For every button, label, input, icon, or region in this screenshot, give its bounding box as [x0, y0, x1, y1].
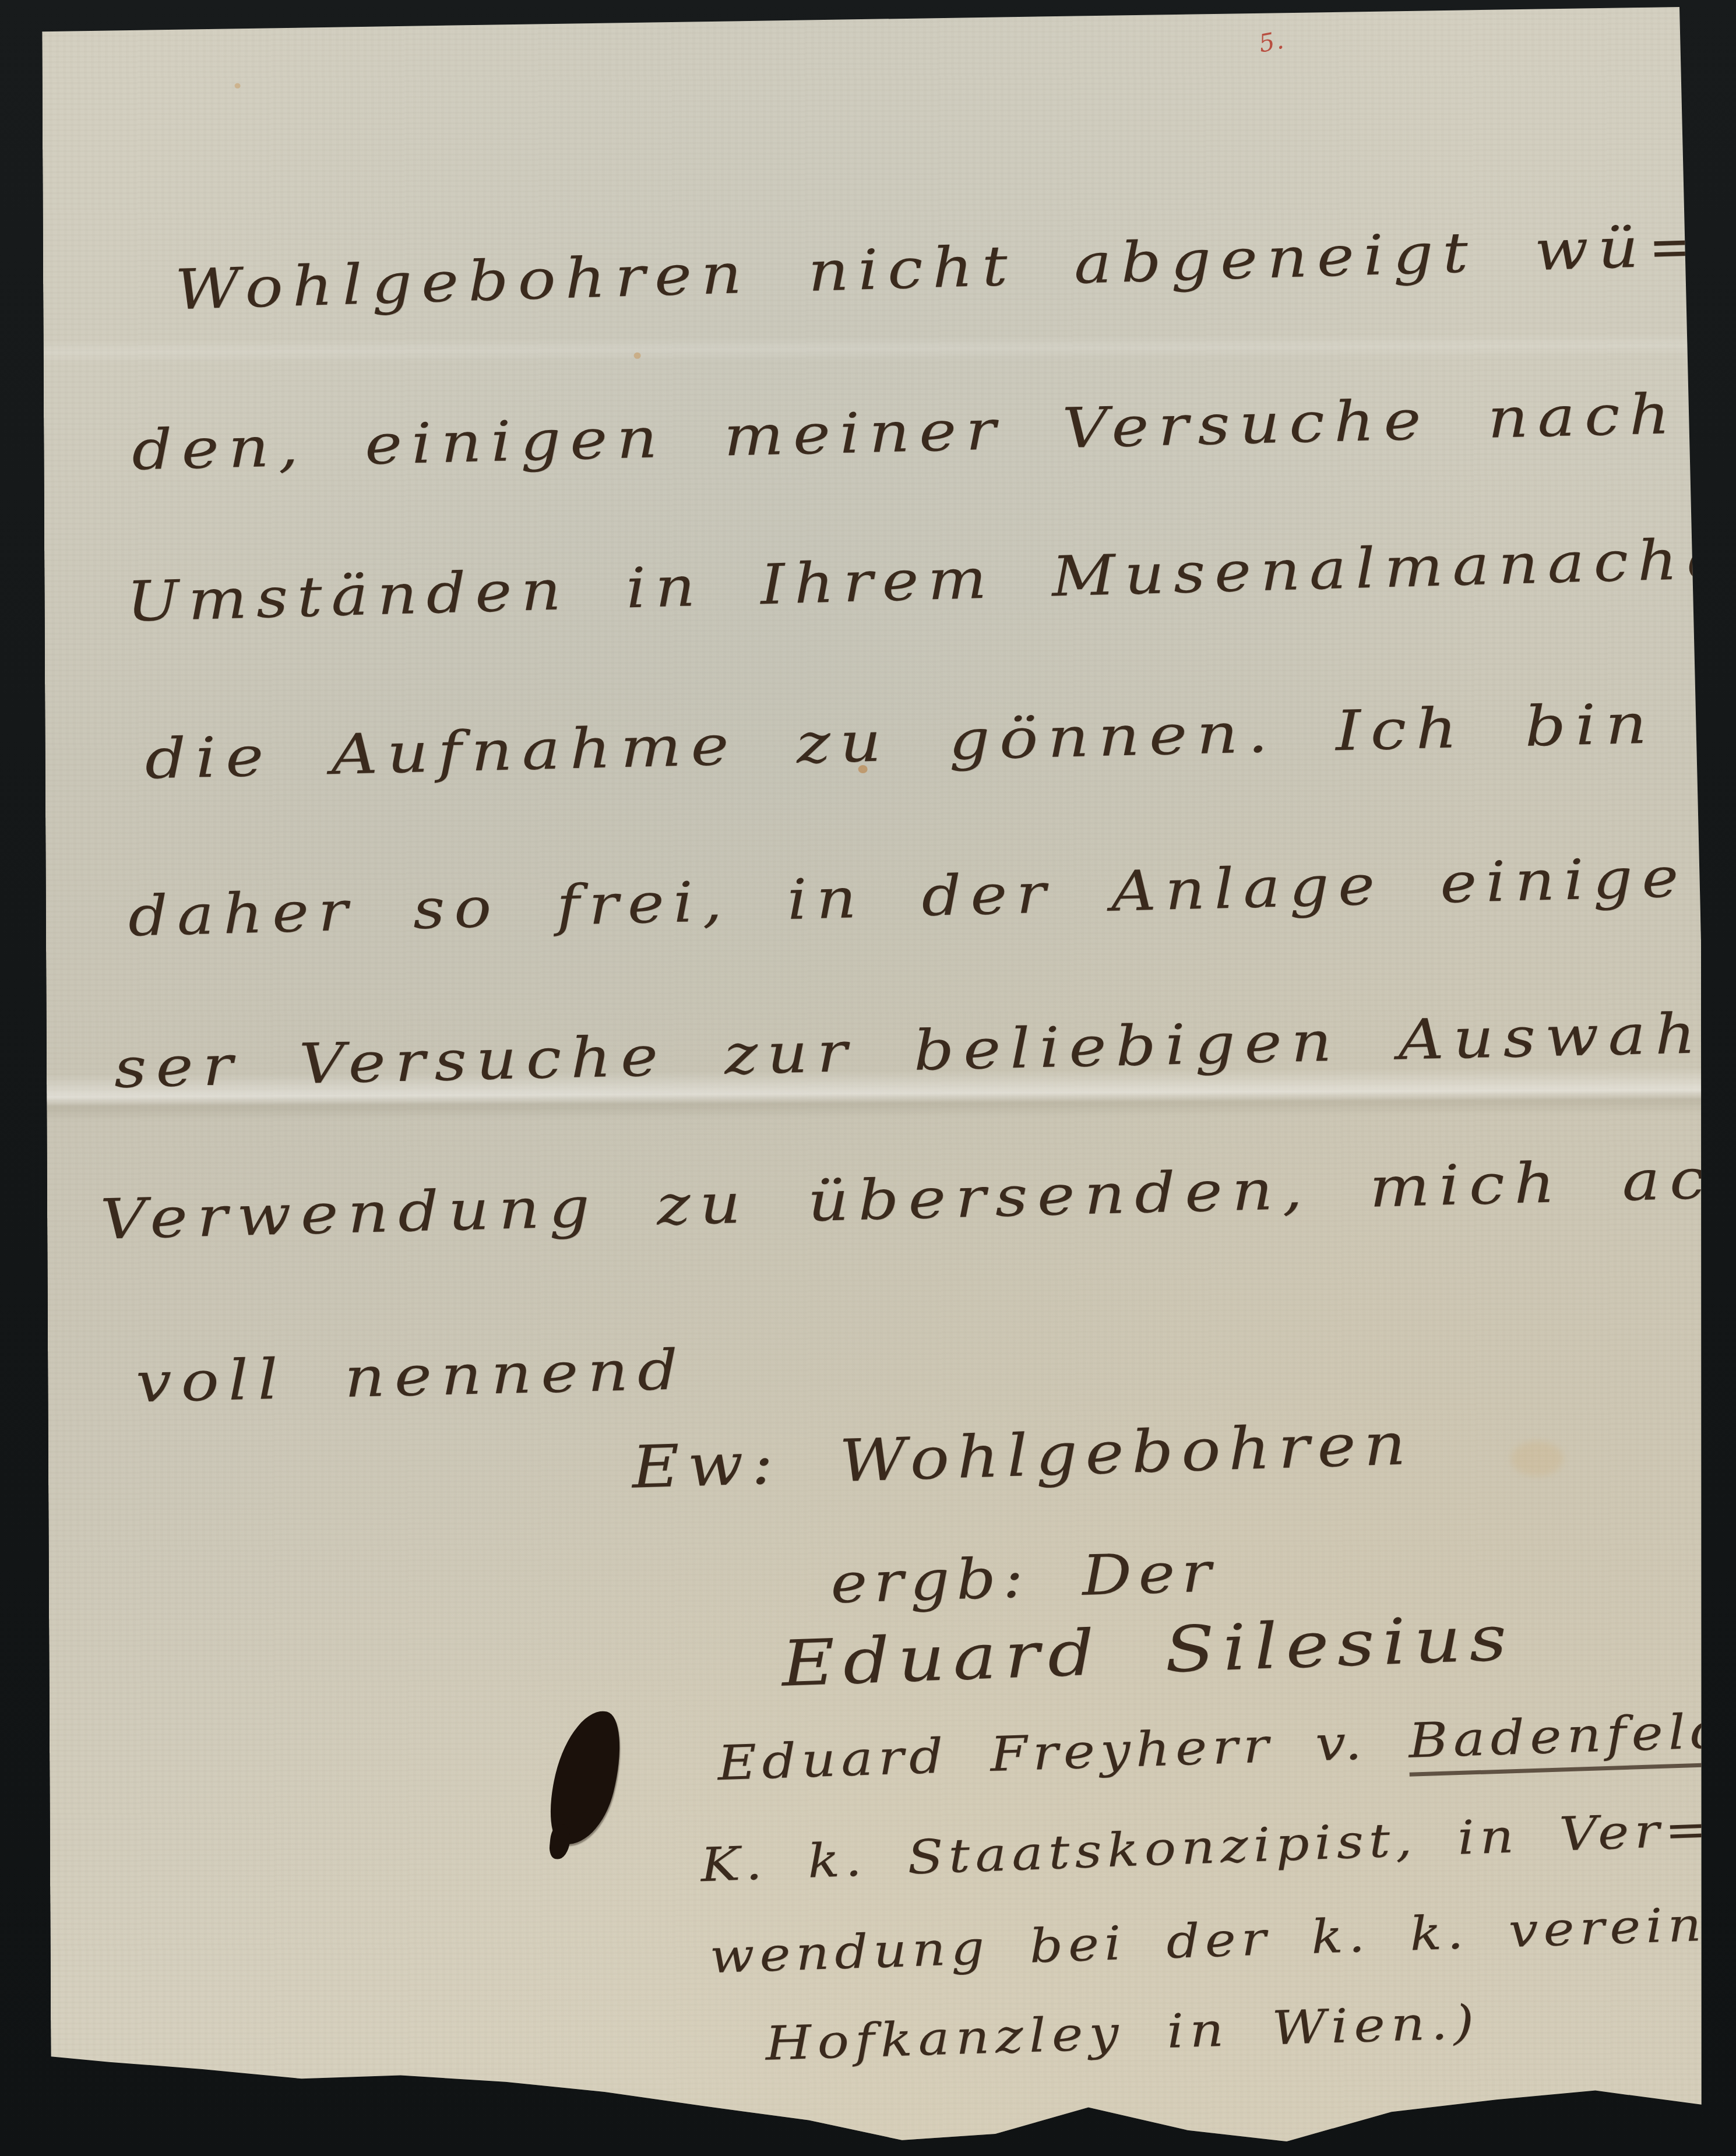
body-line-7: Verwendung zu übersenden, mich achtungs= [100, 1139, 1736, 1252]
body-line-3: Umständen in Ihrem Musenalmanache [126, 527, 1733, 635]
right-edge-ink-mark-lower [1713, 1797, 1727, 1866]
signature-title-line-3: Hofkanzley in Wien.) [765, 1995, 1481, 2070]
paper-stain [634, 353, 641, 359]
paper-crease-faint [43, 333, 1698, 364]
signature-real-name: Eduard Freyherr v. Badenfeld [717, 1703, 1731, 1791]
paper-stain [235, 83, 241, 89]
body-line-2: den, einigen meiner Versuche nach [131, 382, 1679, 483]
letter-scan-page: 5. Wohlgebohren nicht abgeneigt wü= den,… [0, 0, 1736, 2156]
paper-stain [1511, 1441, 1564, 1476]
signature-underlined-surname: Badenfeld [1408, 1703, 1731, 1777]
body-line-8: voll nennend [135, 1338, 688, 1415]
signature-title-line-2: wendung bei der k. k. vereinigten [709, 1892, 1736, 1984]
signature-title-line-1: K. k. Staatskonzipist, in Ver= [700, 1802, 1715, 1892]
red-archival-mark: 5. [1256, 25, 1287, 58]
right-edge-ink-mark-upper [1710, 1039, 1729, 1153]
signature-pen-name: Eduard Silesius [780, 1602, 1516, 1701]
closing-salutation: Ew: Wohlgebohren [631, 1410, 1415, 1502]
closing-valediction: ergb: Der [830, 1540, 1219, 1616]
letter-paper: 5. Wohlgebohren nicht abgeneigt wü= den,… [42, 7, 1706, 2150]
body-line-5: daher so frei, in der Anlage einige die= [128, 839, 1736, 949]
ink-blot [540, 1703, 632, 1852]
body-line-4: die Aufnahme zu gönnen. Ich bin [144, 692, 1657, 791]
body-line-1: Wohlgebohren nicht abgeneigt wü= [174, 214, 1711, 322]
signature-real-name-prefix: Eduard Freyherr v. [717, 1714, 1410, 1791]
